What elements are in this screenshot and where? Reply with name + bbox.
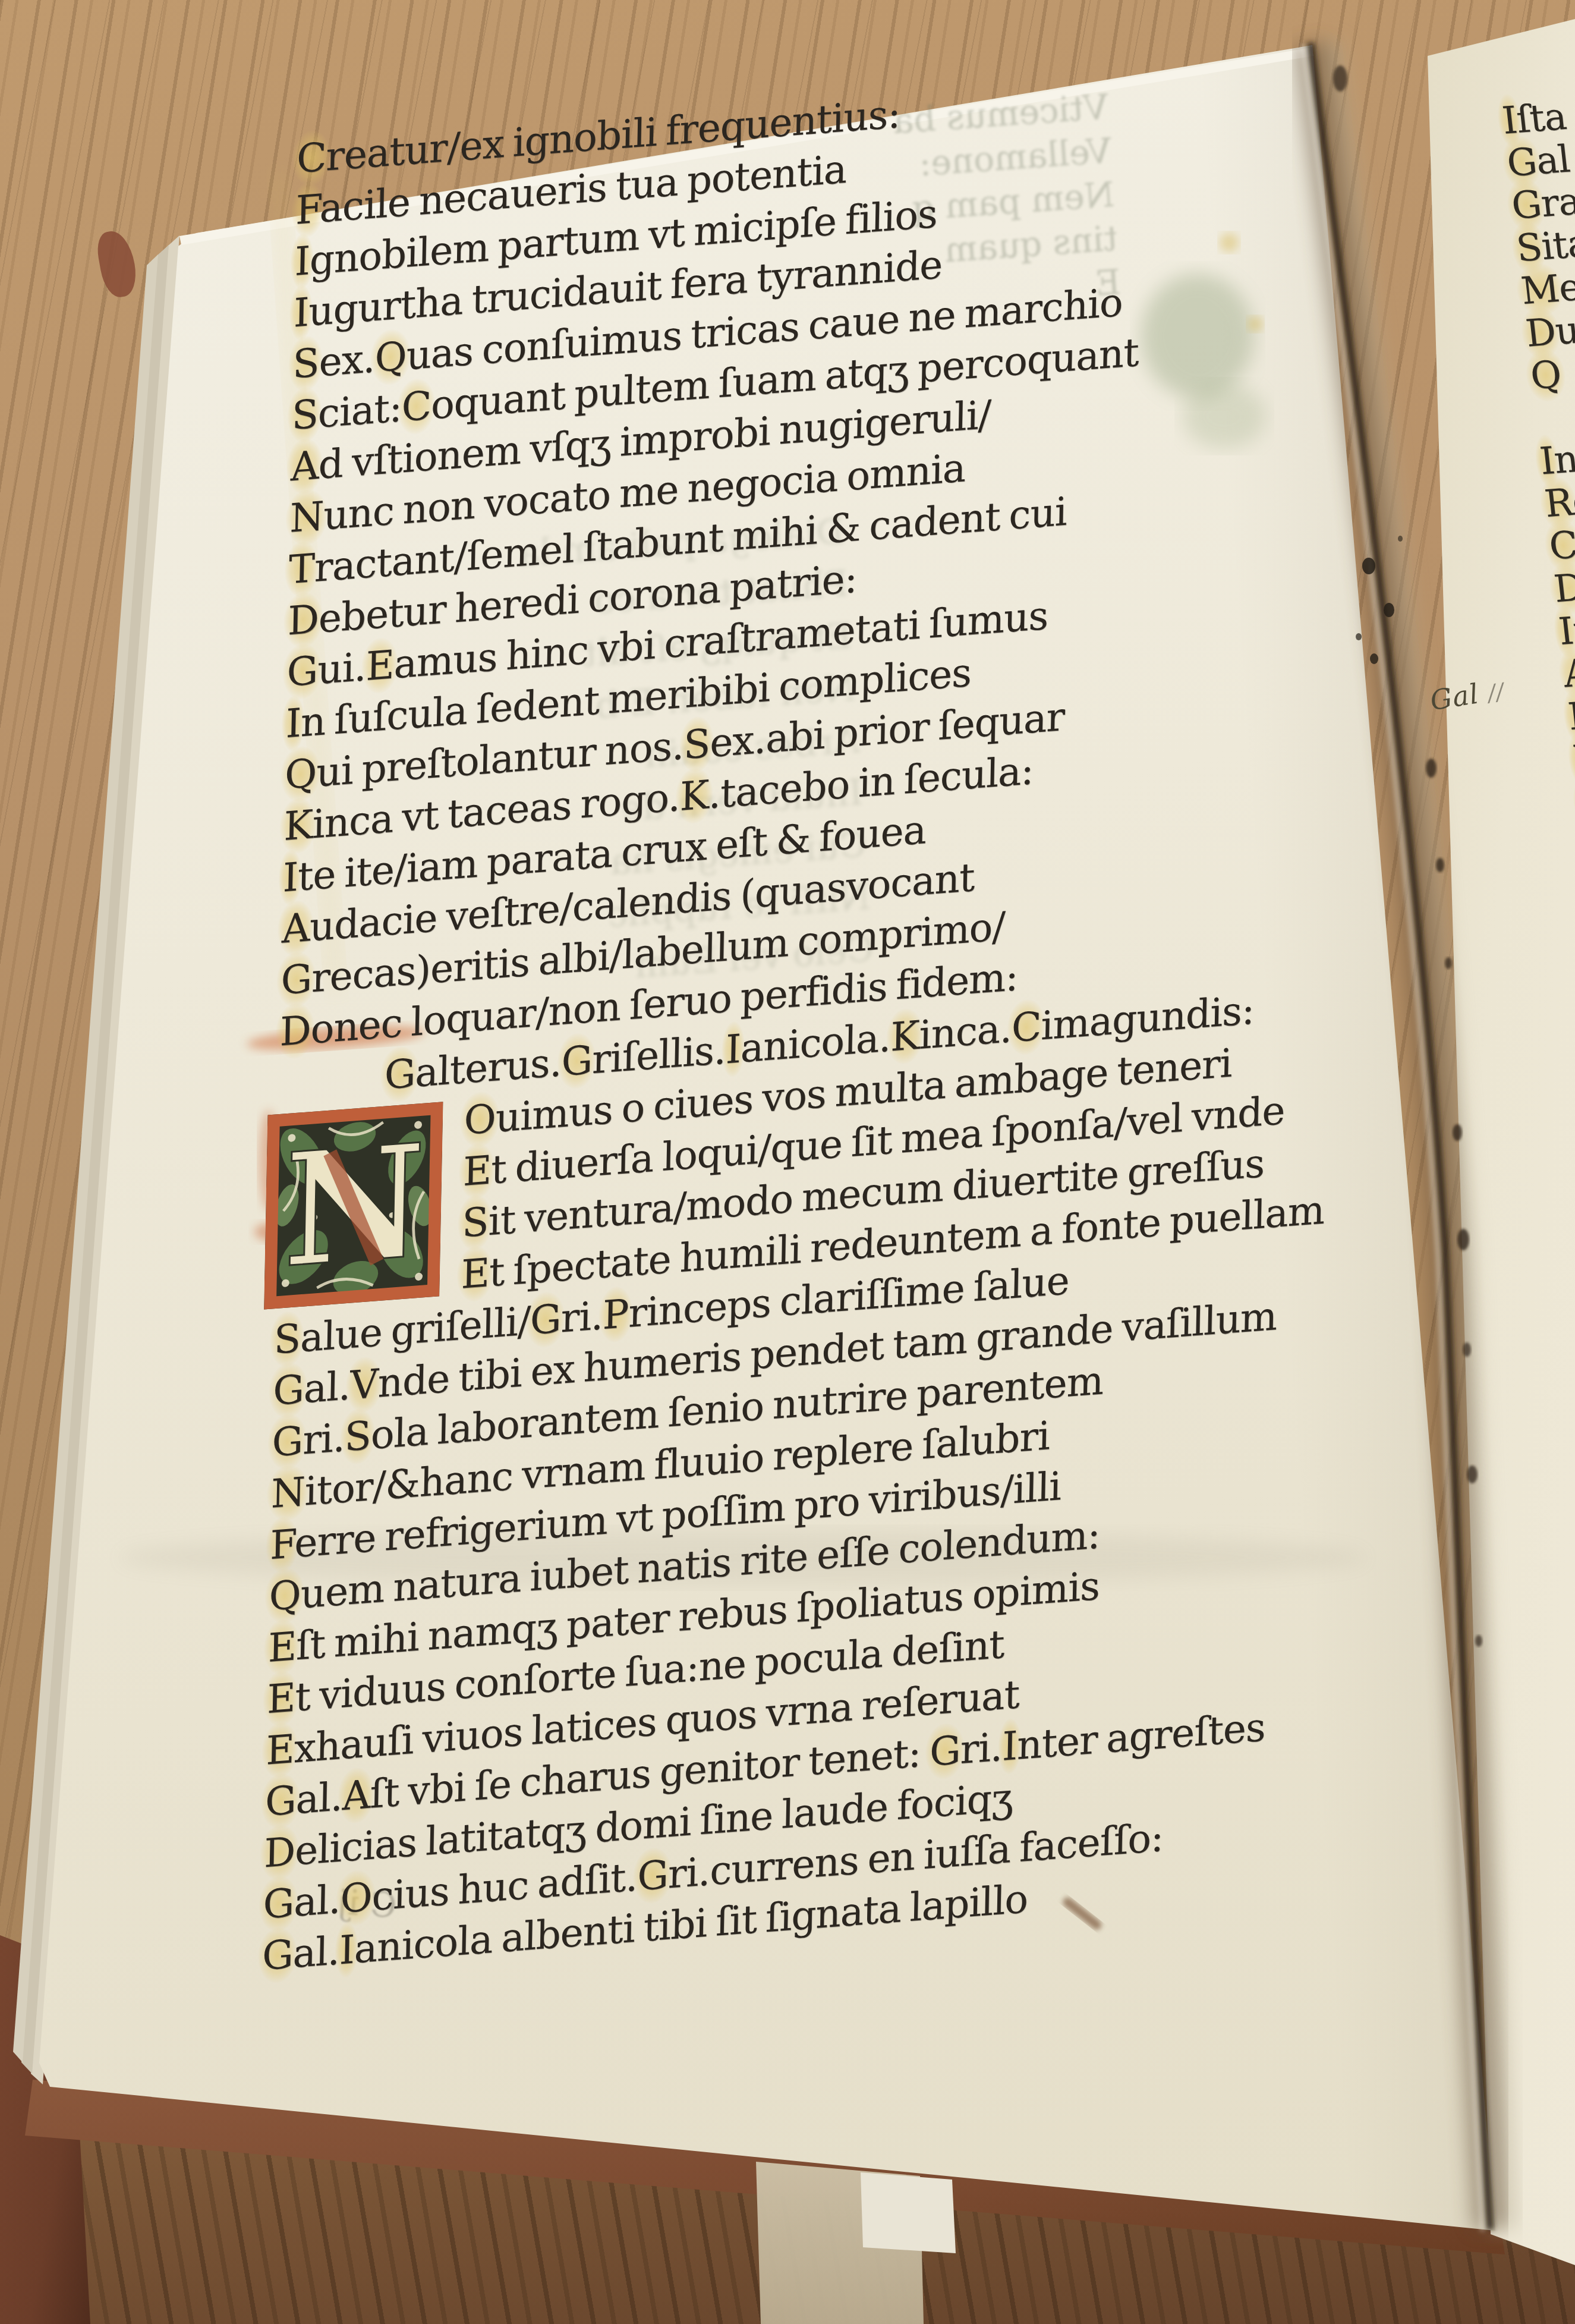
facing-page-line-fragment: Ing bbox=[1538, 430, 1575, 483]
facing-page-line-fragment: Gra bbox=[1510, 175, 1575, 228]
washed-initial: Q bbox=[285, 750, 317, 798]
washed-initial: Q bbox=[1528, 353, 1563, 398]
washed-initial: S bbox=[683, 721, 711, 769]
facing-page-line-fragment: Du bbox=[1524, 303, 1575, 356]
washed-initial: C bbox=[401, 382, 431, 430]
washed-initial: N bbox=[270, 1468, 305, 1517]
washed-initial: F bbox=[295, 185, 320, 233]
facing-page-line-fragment: Ia bbox=[1571, 729, 1575, 781]
washed-initial: I bbox=[285, 700, 301, 747]
washed-initial: K bbox=[283, 801, 313, 850]
printed-text-column: N Creatur/ex ignobili frequentius:Facile… bbox=[262, 46, 1459, 1982]
washed-initial: S bbox=[462, 1199, 489, 1247]
washed-initial: S bbox=[273, 1315, 301, 1363]
facing-page-line-fragment: Me bbox=[1519, 260, 1575, 313]
washed-initial: G bbox=[929, 1727, 960, 1775]
washed-initial: G bbox=[263, 1880, 294, 1928]
washed-initial: I bbox=[339, 1926, 354, 1973]
washed-initial: O bbox=[464, 1095, 496, 1143]
facing-page-line-fragment: Re bbox=[1542, 473, 1575, 526]
washed-initial: E bbox=[266, 1726, 295, 1774]
facing-page-line-fragment: Cu bbox=[1547, 516, 1575, 568]
washed-initial: C bbox=[296, 134, 326, 182]
washed-initial: G bbox=[281, 955, 312, 1004]
washed-initial: D bbox=[264, 1828, 295, 1876]
washed-initial: I bbox=[1566, 694, 1575, 738]
washed-initial: V bbox=[349, 1361, 378, 1409]
washed-initial: Q bbox=[269, 1571, 301, 1619]
washed-initial: C bbox=[1011, 1003, 1041, 1051]
washed-initial: D bbox=[1552, 565, 1575, 611]
facing-page-line-fragment: Ill bbox=[1566, 686, 1575, 738]
washed-initial: I bbox=[294, 238, 310, 285]
washed-initial: G bbox=[637, 1851, 669, 1900]
facing-page-line-fragment: Sita bbox=[1514, 218, 1575, 270]
washed-initial: I bbox=[1001, 1723, 1017, 1770]
facing-page-line-fragment: Q bbox=[1528, 345, 1575, 398]
washed-initial: S bbox=[292, 339, 320, 388]
washed-initial: T bbox=[288, 545, 314, 593]
facing-page-line-fragment: Iſta bbox=[1500, 90, 1575, 143]
washed-initial: D bbox=[288, 596, 319, 644]
washed-initial: G bbox=[264, 1777, 296, 1825]
washed-initial: G bbox=[530, 1295, 561, 1344]
facing-page-line-fragment: Im bbox=[1557, 601, 1575, 653]
washed-initial: A bbox=[342, 1772, 370, 1820]
washed-initial: E bbox=[267, 1675, 296, 1723]
washed-initial: P bbox=[602, 1291, 629, 1339]
washed-initial: S bbox=[344, 1413, 371, 1461]
washed-initial: O bbox=[340, 1874, 372, 1922]
washed-initial: E bbox=[461, 1250, 490, 1298]
washed-initial: G bbox=[262, 1931, 293, 1979]
washed-initial: G bbox=[384, 1050, 415, 1098]
washed-initial: A bbox=[282, 904, 310, 952]
washed-initial: K bbox=[890, 1012, 920, 1061]
washed-initial: E bbox=[462, 1147, 492, 1195]
washed-initial: N bbox=[289, 493, 324, 542]
washed-initial: D bbox=[279, 1007, 311, 1055]
washed-initial: I bbox=[293, 289, 308, 336]
washed-initial: F bbox=[270, 1521, 295, 1568]
washed-initial: E bbox=[267, 1623, 297, 1671]
washed-initial: I bbox=[282, 854, 298, 901]
washed-initial: I bbox=[725, 1026, 741, 1073]
washed-initial: Q bbox=[374, 333, 407, 381]
washed-initial: G bbox=[273, 1366, 304, 1414]
washed-initial: E bbox=[366, 641, 395, 690]
washed-initial: K bbox=[679, 772, 709, 820]
washed-initial: A bbox=[290, 442, 319, 490]
washed-initial: G bbox=[561, 1037, 593, 1085]
washed-initial: C bbox=[1547, 523, 1575, 568]
washed-initial: G bbox=[272, 1417, 303, 1466]
washed-initial: S bbox=[291, 391, 319, 439]
facing-page-line-fragment: Gal bbox=[1505, 133, 1575, 185]
washed-initial: G bbox=[286, 647, 318, 696]
